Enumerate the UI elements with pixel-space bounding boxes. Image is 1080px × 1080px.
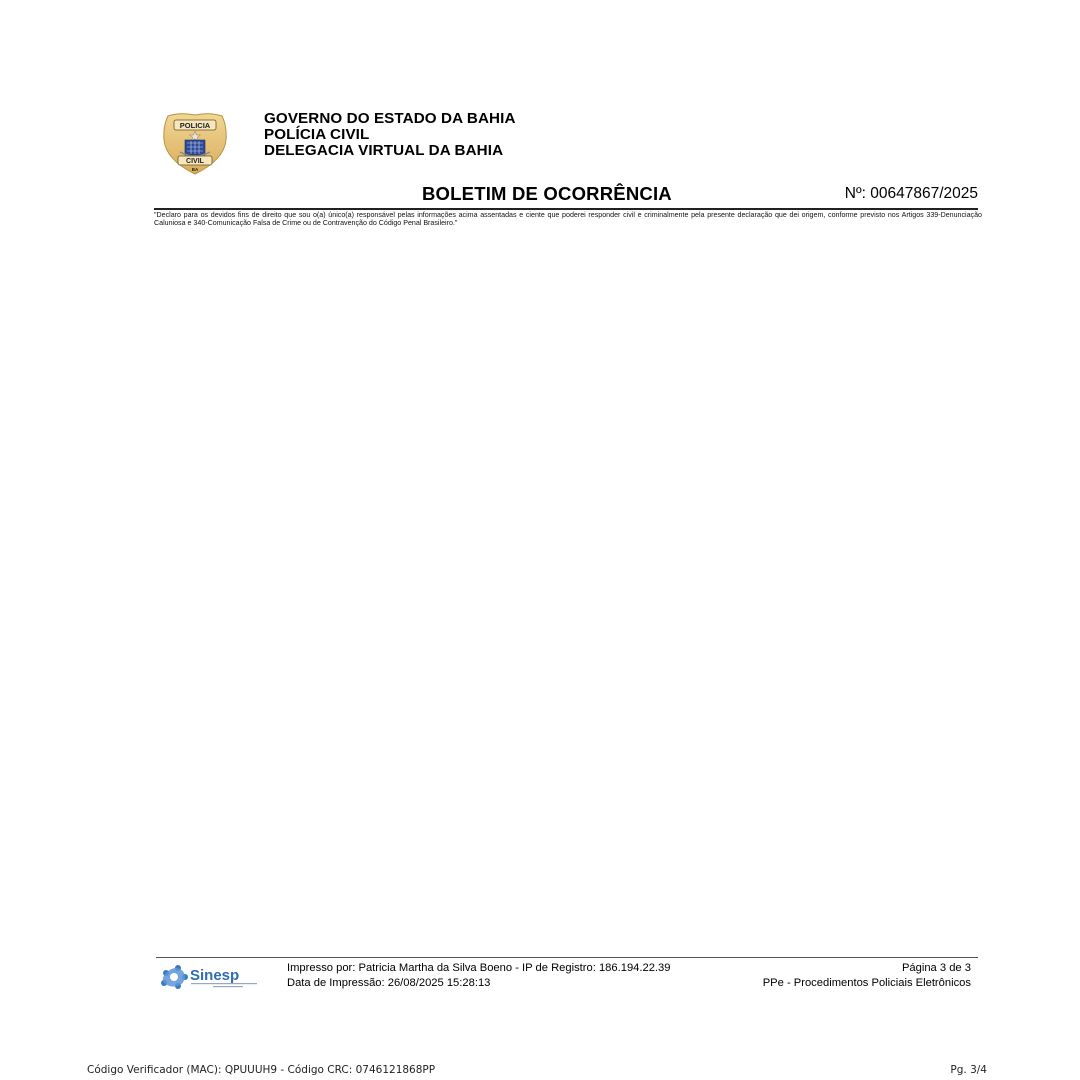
document-title: BOLETIM DE OCORRÊNCIA: [422, 183, 672, 205]
header-divider: [154, 208, 978, 210]
org-line-government: GOVERNO DO ESTADO DA BAHIA: [264, 111, 516, 127]
svg-text:POLICIA: POLICIA: [180, 121, 211, 130]
system-name: PPe - Procedimentos Policiais Eletrônico…: [763, 976, 971, 991]
page-indicator: Página 3 de 3: [763, 961, 971, 976]
footer-divider: [156, 957, 978, 958]
pdf-page-number: Pg. 3/4: [950, 1064, 987, 1076]
policia-civil-badge-icon: POLICIA CIVIL BA: [160, 112, 230, 176]
svg-text:Sinesp: Sinesp: [190, 967, 239, 984]
verification-codes: Código Verificador (MAC): QPUUUH9 - Códi…: [87, 1064, 435, 1076]
org-line-delegacia: DELEGACIA VIRTUAL DA BAHIA: [264, 143, 516, 159]
svg-text:BA: BA: [192, 167, 199, 172]
printed-by: Impresso por: Patricia Martha da Silva B…: [287, 961, 671, 976]
svg-text:CIVIL: CIVIL: [186, 158, 205, 165]
document-number: Nº: 00647867/2025: [845, 185, 978, 203]
org-line-police: POLÍCIA CIVIL: [264, 127, 516, 143]
declaration-text: "Declaro para os devidos fins de direito…: [154, 211, 982, 227]
footer-print-info: Impresso por: Patricia Martha da Silva B…: [287, 961, 671, 990]
sinesp-logo-icon: Sinesp: [158, 963, 264, 991]
organization-heading: GOVERNO DO ESTADO DA BAHIA POLÍCIA CIVIL…: [264, 111, 516, 159]
footer-page-info: Página 3 de 3 PPe - Procedimentos Polici…: [763, 961, 971, 990]
print-date: Data de Impressão: 26/08/2025 15:28:13: [287, 976, 671, 991]
